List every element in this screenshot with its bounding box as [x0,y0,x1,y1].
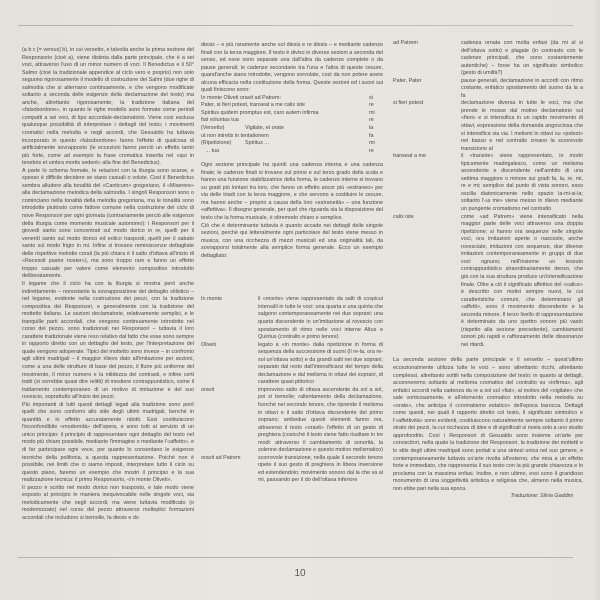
example-description: improvviso salto di ottava ascendente da… [258,387,383,455]
section-label: (Versetto) [201,125,245,133]
example-term: ad Patrem [393,40,461,78]
example-term: Oliveti [201,342,258,387]
final-note: fa [369,133,383,141]
final-note: re [369,148,383,156]
final-note: mi [369,110,383,118]
section-text: ut non intretis in tentationem [201,133,369,141]
intro-paragraph: diesis – e più raramente anche sol diesi… [201,42,383,95]
example-description: cadenza ornata con molta enfasi (da mi a… [461,40,583,78]
text-section-row: Pater, si fieri potest, transeat a me ca… [201,102,383,110]
example-term: transeat a me [393,153,461,213]
example-row: oravitimprovviso salto di ottava ascende… [201,387,383,455]
example-list: In monteil «monte» viene rappresentato d… [201,296,383,485]
final-note: si [369,95,383,103]
example-description: il «monte» viene rappresentato da salti … [258,296,383,341]
column-left: (a b c [= versus] b), in cui versetto, e… [22,47,194,522]
section-text: Vigilate, et orate [245,125,369,133]
example-term: si fieri potest [393,100,461,153]
text-section-row: Spiritus quidem promptus est, caro autem… [201,110,383,118]
paragraph: Ogni sezione principale ha quindi una ca… [201,162,383,222]
final-note: mi [369,140,383,148]
final-note: re [369,102,383,110]
example-term: oravit ad Patrem [201,455,258,485]
translation-credit: Traduzione: Silvia Gaddini [393,493,583,501]
example-description: come «ad Patrem» viene intensificato nel… [461,214,583,350]
text-section-row: ... tuare [201,148,383,156]
paragraph: Più importanti di tutti questi dettagli … [22,402,194,485]
text-section-row: (Ripetizione)Spiritus ...mi [201,140,383,148]
paragraph: La seconda sezione della parte principal… [393,357,583,493]
text-section-row: (Versetto)Vigilate, et oratela [201,125,383,133]
paragraph: A parte lo schema formale, le relazioni … [22,168,194,281]
section-text: Spiritus quidem promptus est, caro autem… [201,110,369,118]
example-row: ad Patremcadenza ornata con molta enfasi… [393,40,583,78]
paragraph: (a b c [= versus] b), in cui versetto, e… [22,47,194,168]
top-rule-right [273,25,573,26]
example-term: calix iste [393,214,461,350]
example-row: calix istecome «ad Patrem» viene intensi… [393,214,583,350]
section-label: (Ripetizione) [201,140,245,148]
text-section-row: ut non intretis in tentationemfa [201,133,383,141]
example-description: legato a «in monte» dalla ripetizione in… [258,342,383,387]
section-text: Pater, si fieri potest, transeat a me ca… [201,102,369,110]
paragraph: Il pezzo è scritto nel modo dorico non t… [22,485,194,523]
page-number: 10 [0,568,600,579]
bottom-rule [18,557,573,558]
example-row: Pater, Paterpause generali, declamazione… [393,78,583,101]
top-rule [18,25,273,26]
booklet-page: (a b c [= versus] b), in cui versetto, e… [0,0,600,600]
example-description: il «transire» viene rappresentato, in mo… [461,153,583,213]
example-description: pause generali, declamazione in accordi … [461,78,583,101]
text-sections-list: In monte Oliveti oravit ad Patrem:siPate… [201,95,383,155]
text-section-row: fiat voluntas tuare [201,117,383,125]
example-description: scorrevole transizione, nella quale il s… [258,455,383,485]
final-note: re [369,117,383,125]
example-term: In monte [201,296,258,341]
example-row: transeat a meil «transire» viene rappres… [393,153,583,213]
example-list: ad Patremcadenza ornata con molta enfasi… [393,40,583,349]
example-description: declamazione diversa in tutte le voci, m… [461,100,583,153]
example-term: Pater, Pater [393,78,461,101]
paragraph: Il legame che il ciclo ha con la liturgi… [22,281,194,402]
example-row: oravit ad Patremscorrevole transizione, … [201,455,383,485]
example-row: si fieri potestdeclamazione diversa in t… [393,100,583,153]
example-term: oravit [201,387,258,455]
text-section-row: In monte Oliveti oravit ad Patrem:si [201,95,383,103]
section-text: Spiritus ... [245,140,369,148]
section-text: In monte Oliveti oravit ad Patrem: [201,95,369,103]
example-row: In monteil «monte» viene rappresentato d… [201,296,383,341]
example-row: Olivetilegato a «in monte» dalla ripetiz… [201,342,383,387]
column-middle: diesis – e più raramente anche sol diesi… [201,42,383,485]
page-edge [592,0,600,600]
column-right: ad Patremcadenza ornata con molta enfasi… [393,40,583,501]
final-note: la [369,125,383,133]
paragraph: Ciò che è determinante tuttavia è quanto… [201,223,383,261]
section-text: fiat voluntas tua [201,117,369,125]
section-text: ... tua [201,148,369,156]
